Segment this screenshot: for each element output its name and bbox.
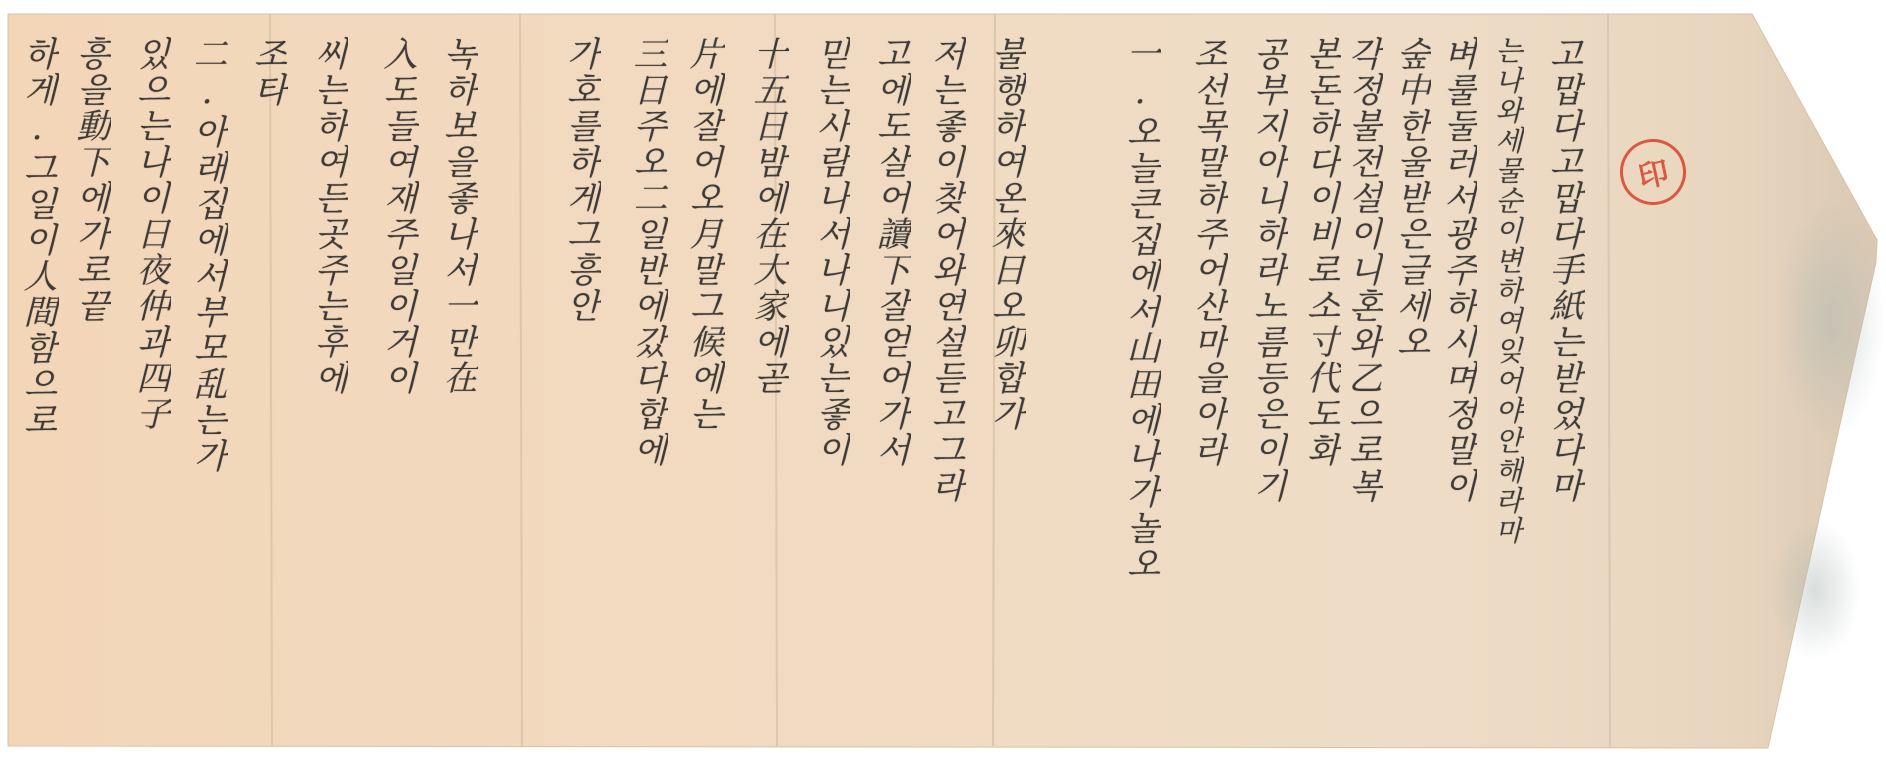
text-column: 숲中한울받은글세오 — [1388, 36, 1432, 726]
text-column: 조타 — [245, 36, 289, 726]
text-column: 씨는하여든곳주는후에 — [306, 36, 350, 726]
seal-glyph: 印 — [1634, 147, 1672, 196]
text-column: 벼룰둘러서광주하시며정말이 — [1435, 36, 1479, 726]
text-column: 하게.그일이人間함으로 — [15, 36, 59, 726]
text-column: 二.아래집에서부모乱는가 — [185, 36, 229, 726]
text-column: 녹하보을좋나서一만在 — [435, 36, 479, 726]
text-column: 三日주오二일반에갔다합에 — [625, 36, 669, 726]
text-column: 불행하여온來日오卯합가 — [983, 36, 1027, 726]
water-stain — [1775, 200, 1885, 440]
text-column: 흥을動下에가로끝 — [68, 36, 112, 726]
text-column: 고에도살어讀下잘얻어가서 — [868, 36, 912, 726]
text-column: 는나와세물순이변하여잊어야안해라마 — [1485, 36, 1529, 726]
text-column: 있으는나이日夜仲과四子 — [128, 36, 172, 726]
text-column: 一.오늘큰집에서山田에나가놀오 — [1118, 36, 1162, 726]
text-column: 조선목말하주어산마을아라 — [1185, 36, 1229, 726]
text-column: 본돈하다이비로소寸代도화 — [1298, 36, 1342, 726]
text-column: 가호를하게그흥안 — [558, 36, 602, 726]
letter-scan: 印 고맙다고맙다手紙는받었다마는나와세물순이변하여잊어야안해라마벼룰둘러서광주하… — [0, 0, 1886, 761]
text-column: 片에잘어오月말그候에는 — [681, 36, 725, 726]
text-column: 十五日밤에在大家에곧 — [745, 36, 789, 726]
text-column: 入도들여재주일이거이 — [375, 36, 419, 726]
text-column: 저는좋이찾어와연설듣고그라 — [923, 36, 967, 726]
text-column: 공부지아니하라노름등은이기 — [1245, 36, 1289, 726]
text-column: 각정불전설이니혼와乙으로복 — [1340, 36, 1384, 726]
text-column: 고맙다고맙다手紙는받었다마 — [1541, 36, 1585, 726]
text-column: 믿는사람나서나니있는좋이 — [808, 36, 852, 726]
water-stain — [1770, 520, 1860, 660]
